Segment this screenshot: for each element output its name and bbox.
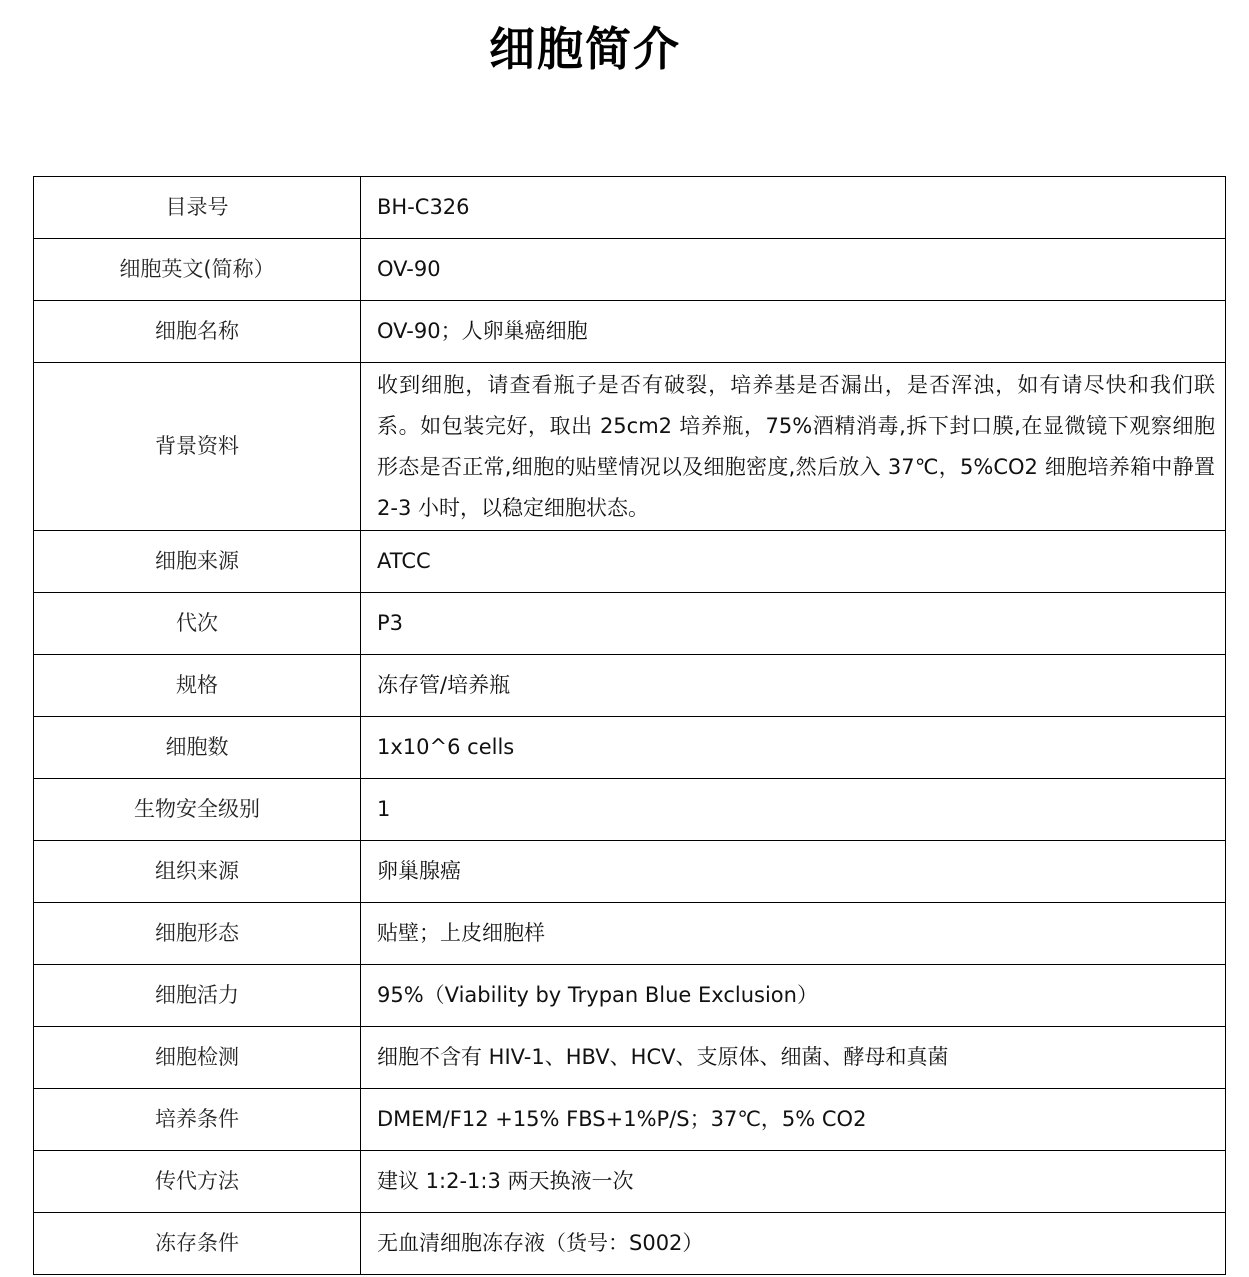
table-row-english-abbr: 细胞英文(简称） OV-90	[34, 239, 1226, 301]
table-row-passage: 代次 P3	[34, 593, 1226, 655]
row-label: 代次	[34, 593, 361, 655]
table-row-background: 背景资料 收到细胞，请查看瓶子是否有破裂，培养基是否漏出，是否浑浊，如有请尽快和…	[34, 363, 1226, 531]
table-row-freezing-conditions: 冻存条件 无血清细胞冻存液（货号：S002）	[34, 1213, 1226, 1275]
row-value: 贴壁；上皮细胞样	[361, 903, 1226, 965]
row-value: 冻存管/培养瓶	[361, 655, 1226, 717]
row-value: OV-90；人卵巢癌细胞	[361, 301, 1226, 363]
row-label: 细胞英文(简称）	[34, 239, 361, 301]
row-label: 细胞数	[34, 717, 361, 779]
row-label: 细胞检测	[34, 1027, 361, 1089]
table-row-viability: 细胞活力 95%（Viability by Trypan Blue Exclus…	[34, 965, 1226, 1027]
table-row-tissue-source: 组织来源 卵巢腺癌	[34, 841, 1226, 903]
row-value: 1x10^6 cells	[361, 717, 1226, 779]
table-row-testing: 细胞检测 细胞不含有 HIV-1、HBV、HCV、支原体、细菌、酵母和真菌	[34, 1027, 1226, 1089]
row-value: 建议 1:2-1:3 两天换液一次	[361, 1151, 1226, 1213]
row-value: 细胞不含有 HIV-1、HBV、HCV、支原体、细菌、酵母和真菌	[361, 1027, 1226, 1089]
row-value: 1	[361, 779, 1226, 841]
table-row-biosafety-level: 生物安全级别 1	[34, 779, 1226, 841]
row-value: 卵巢腺癌	[361, 841, 1226, 903]
row-value: 95%（Viability by Trypan Blue Exclusion）	[361, 965, 1226, 1027]
row-label: 细胞来源	[34, 531, 361, 593]
page-title: 细胞简介	[0, 18, 1170, 80]
row-label: 背景资料	[34, 363, 361, 531]
row-label: 规格	[34, 655, 361, 717]
row-value: 收到细胞，请查看瓶子是否有破裂，培养基是否漏出，是否浑浊，如有请尽快和我们联系。…	[361, 363, 1226, 531]
row-label: 细胞形态	[34, 903, 361, 965]
table-row-cell-source: 细胞来源 ATCC	[34, 531, 1226, 593]
table-row-specification: 规格 冻存管/培养瓶	[34, 655, 1226, 717]
row-label: 培养条件	[34, 1089, 361, 1151]
table-row-cell-name: 细胞名称 OV-90；人卵巢癌细胞	[34, 301, 1226, 363]
row-label: 组织来源	[34, 841, 361, 903]
table-row-morphology: 细胞形态 贴壁；上皮细胞样	[34, 903, 1226, 965]
table-row-catalog-number: 目录号 BH-C326	[34, 177, 1226, 239]
row-value: BH-C326	[361, 177, 1226, 239]
row-label: 传代方法	[34, 1151, 361, 1213]
table-row-cell-count: 细胞数 1x10^6 cells	[34, 717, 1226, 779]
row-value: DMEM/F12 +15% FBS+1%P/S；37℃，5% CO2	[361, 1089, 1226, 1151]
row-label: 细胞活力	[34, 965, 361, 1027]
table-row-passage-method: 传代方法 建议 1:2-1:3 两天换液一次	[34, 1151, 1226, 1213]
row-value: P3	[361, 593, 1226, 655]
table-row-culture-conditions: 培养条件 DMEM/F12 +15% FBS+1%P/S；37℃，5% CO2	[34, 1089, 1226, 1151]
row-value: OV-90	[361, 239, 1226, 301]
row-value: 无血清细胞冻存液（货号：S002）	[361, 1213, 1226, 1275]
row-label: 细胞名称	[34, 301, 361, 363]
row-label: 冻存条件	[34, 1213, 361, 1275]
row-label: 生物安全级别	[34, 779, 361, 841]
cell-info-table: 目录号 BH-C326 细胞英文(简称） OV-90 细胞名称 OV-90；人卵…	[33, 176, 1226, 1275]
row-label: 目录号	[34, 177, 361, 239]
row-value: ATCC	[361, 531, 1226, 593]
